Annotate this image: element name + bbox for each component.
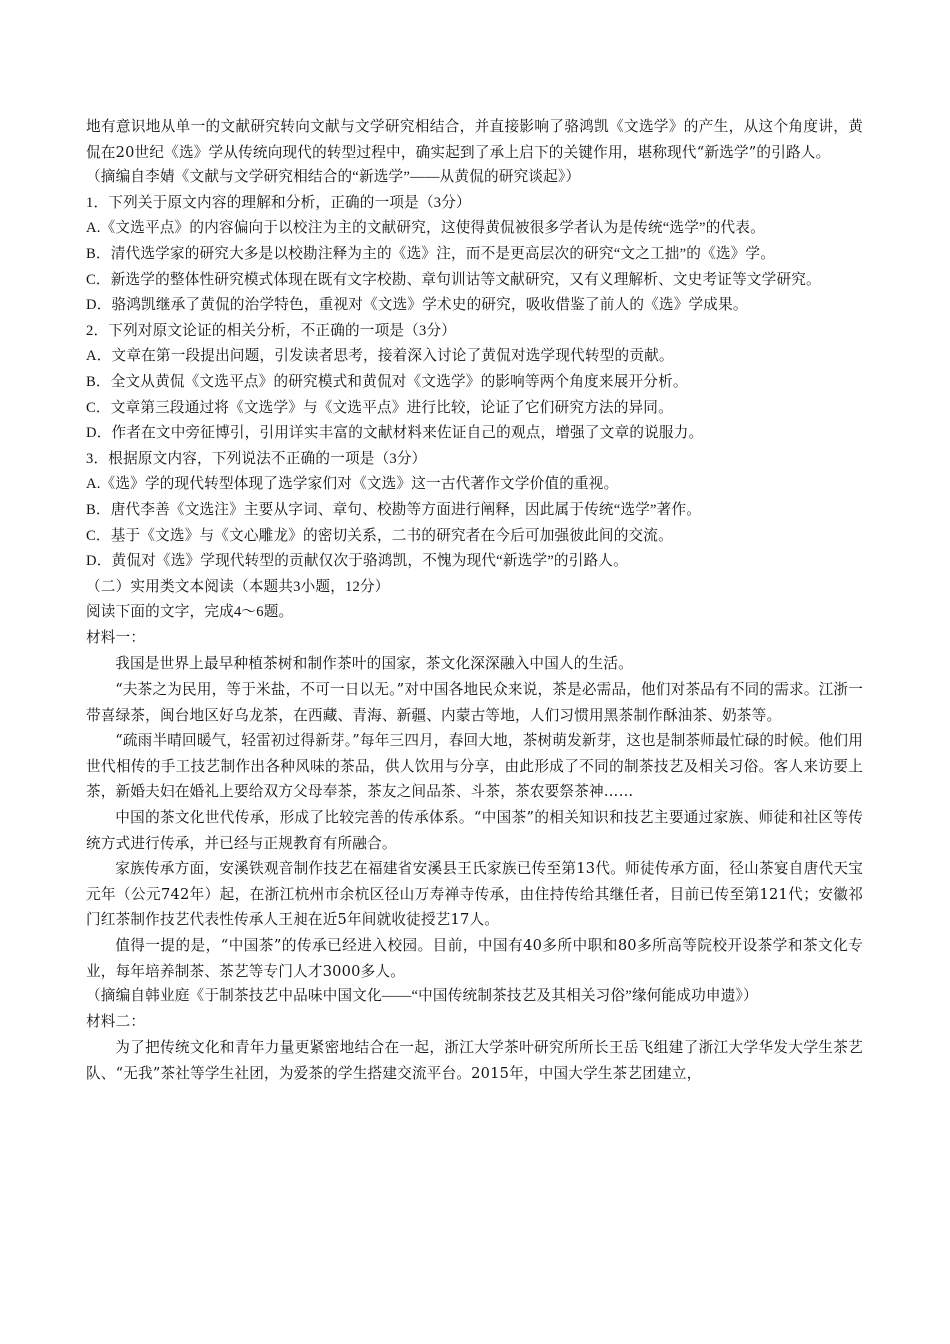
material-paragraph: 家族传承方面，安溪铁观音制作技艺在福建省安溪县王氏家族已传至第13代。师徒传承方… bbox=[86, 856, 863, 933]
material-paragraph: 我国是世界上最早种植茶树和制作茶叶的国家，茶文化深深融入中国人的生活。 bbox=[86, 651, 863, 677]
section-instruction: 阅读下面的文字，完成4～6题。 bbox=[86, 600, 863, 626]
material-paragraph: “疏雨半晴回暖气，轻雷初过得新芽。”每年三四月，春回大地，茶树萌发新芽，这也是制… bbox=[86, 728, 863, 805]
option-b: B．全文从黄侃《文选平点》的研究模式和黄侃对《文选学》的影响等两个角度来展开分析… bbox=[86, 370, 863, 396]
material-paragraph: 中国的茶文化世代传承，形成了比较完善的传承体系。“中国茶”的相关知识和技艺主要通… bbox=[86, 805, 863, 856]
material-paragraph: 为了把传统文化和青年力量更紧密地结合在一起，浙江大学茶叶研究所所长王岳飞组建了浙… bbox=[86, 1035, 863, 1086]
question-stem: 3．根据原文内容，下列说法不正确的一项是（3分） bbox=[86, 447, 863, 473]
material-paragraph: “夫茶之为民用，等于米盐，不可一日以无。”对中国各地民众来说，茶是必需品，他们对… bbox=[86, 677, 863, 728]
exam-page: 地有意识地从单一的文献研究转向文献与文学研究相结合，并直接影响了骆鸿凯《文选学》… bbox=[86, 114, 863, 1087]
passage-source-citation: （摘编自李婧《文献与文学研究相结合的“新选学”——从黄侃的研究谈起》） bbox=[86, 165, 863, 191]
option-d: D．骆鸿凯继承了黄侃的治学特色，重视对《文选》学术史的研究，吸收借鉴了前人的《选… bbox=[86, 293, 863, 319]
option-a: A.《选》学的现代转型体现了选学家们对《文选》这一古代著作文学价值的重视。 bbox=[86, 472, 863, 498]
option-c: C．新选学的整体性研究模式体现在既有文字校勘、章句训诂等文献研究，又有义理解析、… bbox=[86, 268, 863, 294]
question-1: 1．下列关于原文内容的理解和分析，正确的一项是（3分） A.《文选平点》的内容偏… bbox=[86, 191, 863, 319]
option-d: D．作者在文中旁征博引，引用详实丰富的文献材料来佐证自己的观点，增强了文章的说服… bbox=[86, 421, 863, 447]
material-label: 材料二： bbox=[86, 1010, 863, 1036]
material-one: 材料一： 我国是世界上最早种植茶树和制作茶叶的国家，茶文化深深融入中国人的生活。… bbox=[86, 626, 863, 1010]
option-c: C．基于《文选》与《文心雕龙》的密切关系，二书的研究者在今后可加强彼此间的交流。 bbox=[86, 524, 863, 550]
material-source-citation: （摘编自韩业庭《于制茶技艺中品味中国文化——“中国传统制茶技艺及其相关习俗”缘何… bbox=[86, 984, 863, 1010]
option-d: D．黄侃对《选》学现代转型的贡献仅次于骆鸿凯，不愧为现代“新选学”的引路人。 bbox=[86, 549, 863, 575]
passage-closing-paragraph: 地有意识地从单一的文献研究转向文献与文学研究相结合，并直接影响了骆鸿凯《文选学》… bbox=[86, 114, 863, 165]
material-two: 材料二： 为了把传统文化和青年力量更紧密地结合在一起，浙江大学茶叶研究所所长王岳… bbox=[86, 1010, 863, 1087]
question-2: 2．下列对原文论证的相关分析，不正确的一项是（3分） A．文章在第一段提出问题，… bbox=[86, 319, 863, 447]
option-c: C．文章第三段通过将《文选学》与《文选平点》进行比较，论证了它们研究方法的异同。 bbox=[86, 396, 863, 422]
question-3: 3．根据原文内容，下列说法不正确的一项是（3分） A.《选》学的现代转型体现了选… bbox=[86, 447, 863, 575]
option-a: A．文章在第一段提出问题，引发读者思考，接着深入讨论了黄侃对选学现代转型的贡献。 bbox=[86, 344, 863, 370]
option-b: B．唐代李善《文选注》主要从字词、章句、校勘等方面进行阐释，因此属于传统“选学”… bbox=[86, 498, 863, 524]
question-stem: 1．下列关于原文内容的理解和分析，正确的一项是（3分） bbox=[86, 191, 863, 217]
option-b: B．清代选学家的研究大多是以校勘注释为主的《选》注，而不是更高层次的研究“文之工… bbox=[86, 242, 863, 268]
question-stem: 2．下列对原文论证的相关分析，不正确的一项是（3分） bbox=[86, 319, 863, 345]
material-label: 材料一： bbox=[86, 626, 863, 652]
material-paragraph: 值得一提的是，“中国茶”的传承已经进入校园。目前，中国有40多所中职和80多所高… bbox=[86, 933, 863, 984]
section-heading: （二）实用类文本阅读（本题共3小题，12分） bbox=[86, 575, 863, 601]
option-a: A.《文选平点》的内容偏向于以校注为主的文献研究，这使得黄侃被很多学者认为是传统… bbox=[86, 216, 863, 242]
